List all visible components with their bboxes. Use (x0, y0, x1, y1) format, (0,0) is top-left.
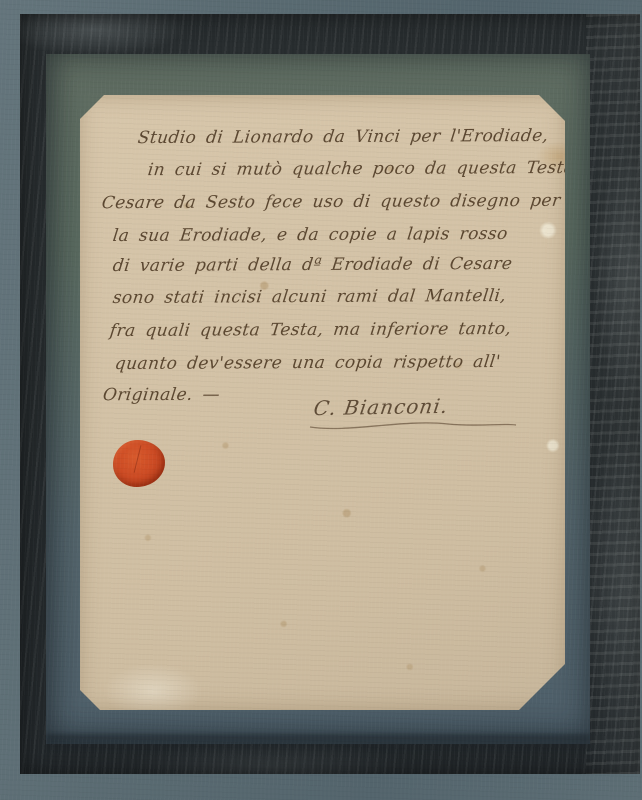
manuscript-line: Cesare da Sesto fece uso di questo diseg… (101, 191, 562, 213)
manuscript-line: in cui si mutò qualche poco da questa Te… (147, 158, 582, 180)
manuscript-line: di varie parti della dª Erodiade di Cesa… (112, 254, 514, 276)
manuscript-line: la sua Erodiade, e da copie a lapis ross… (112, 224, 509, 246)
frame-right-texture (586, 14, 640, 774)
red-wax-seal (113, 440, 165, 487)
manuscript-line: Originale. — (102, 385, 221, 406)
manuscript-line: fra quali questa Testa, ma inferiore tan… (109, 319, 513, 341)
manuscript-line: Studio di Lionardo da Vinci per l'Erodia… (137, 126, 550, 148)
photograph-of-manuscript: Studio di Lionardo da Vinci per l'Erodia… (0, 0, 642, 800)
manuscript-line: quanto dev'essere una copia rispetto all… (114, 352, 502, 374)
mat-bottom-smudge (46, 734, 590, 760)
manuscript-line: sono stati incisi alcuni rami dal Mantel… (112, 286, 508, 308)
manuscript-paper: Studio di Lionardo da Vinci per l'Erodia… (80, 95, 565, 710)
signature-flourish (308, 417, 518, 433)
